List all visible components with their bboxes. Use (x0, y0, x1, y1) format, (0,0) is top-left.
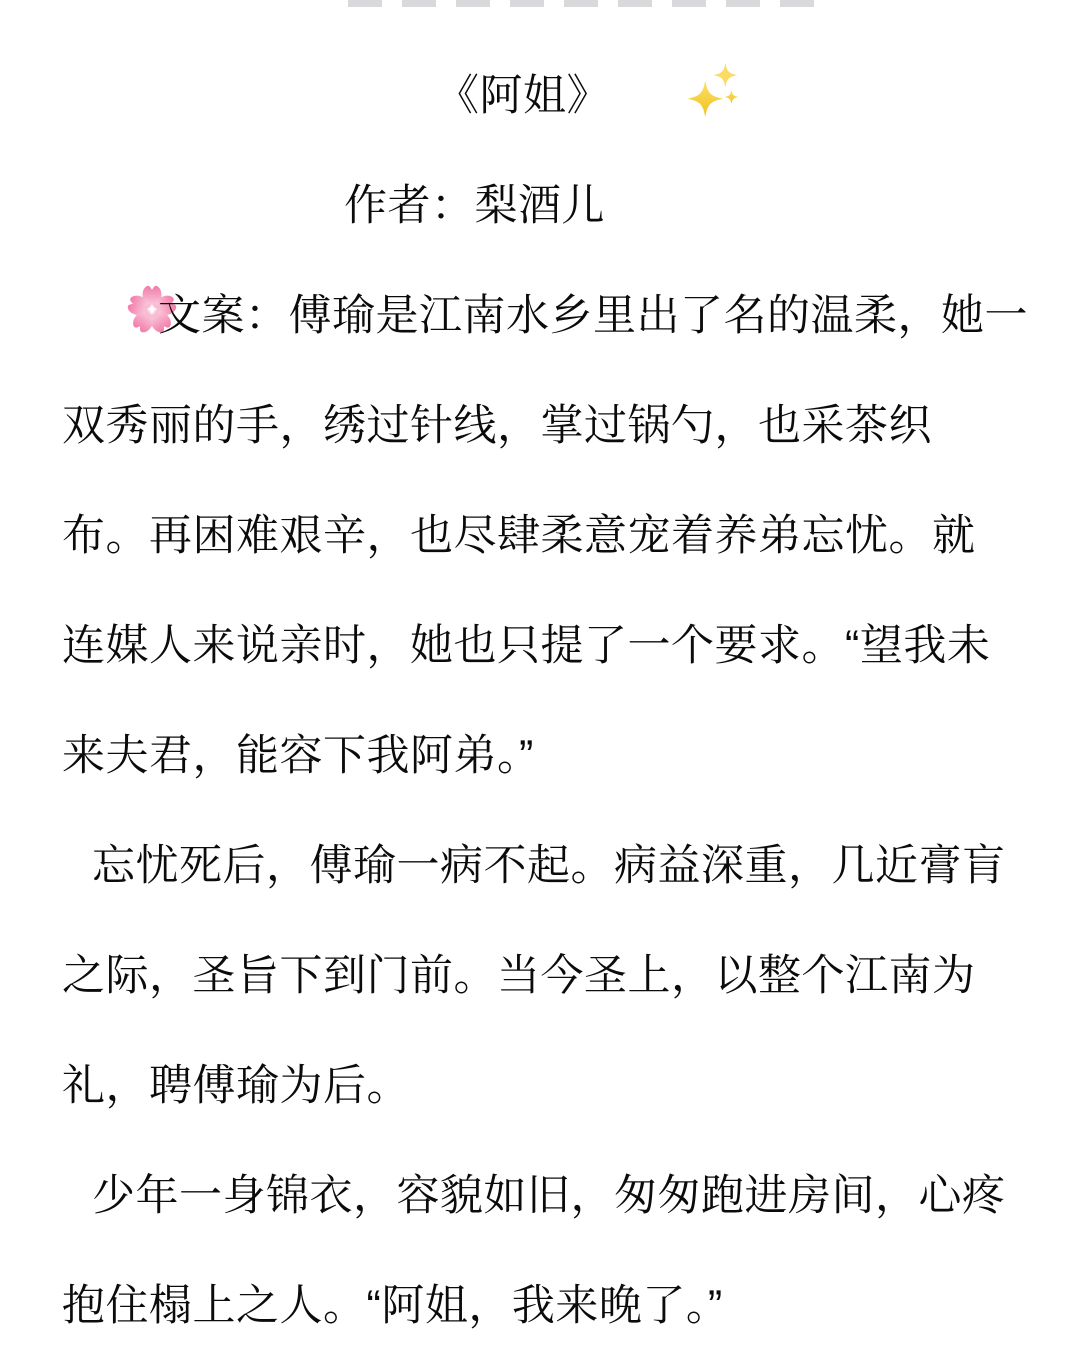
book-title-line: 《阿姐》 (62, 41, 1021, 151)
cherry-blossom-icon (92, 271, 152, 331)
author-text: 作者：梨酒儿 (344, 182, 605, 230)
book-title: 《阿姐》 (436, 72, 610, 120)
story-text: 忘忧死后，傅瑜一病不起。病益深重，几近膏肓 之际，圣旨下到门前。当今圣上，以整个… (62, 842, 1006, 1110)
synopsis-paragraph: 文案：傅瑜是江南水乡里出了名的温柔，她一 双秀丽的手，绣过针线，掌过锅勺，也采茶… (62, 261, 1021, 811)
story-paragraph: 忘忧死后，傅瑜一病不起。病益深重，几近膏肓 之际，圣旨下到门前。当今圣上，以整个… (62, 811, 1021, 1141)
ending-paragraph: 少年一身锦衣，容貌如旧，匆匆跑进房间，心疼 抱住榻上之人。“阿姐，我来晚了。” (62, 1141, 1021, 1361)
sparkles-icon (374, 49, 430, 105)
text-content: 《阿姐》 作者：梨酒儿 文案：傅瑜是江南水乡里出了名的温柔，她一 双秀丽的手，绣… (0, 0, 1079, 1361)
clipped-text-remnant (348, 0, 826, 7)
novel-intro-screenshot: 《阿姐》 作者：梨酒儿 文案：傅瑜是江南水乡里出了名的温柔，她一 双秀丽的手，绣… (0, 0, 1079, 1372)
ending-text: 少年一身锦衣，容貌如旧，匆匆跑进房间，心疼 抱住榻上之人。“阿姐，我来晚了。” (62, 1172, 1006, 1330)
synopsis-text: 文案：傅瑜是江南水乡里出了名的温柔，她一 双秀丽的手，绣过针线，掌过锅勺，也采茶… (62, 292, 1028, 780)
author-line: 作者：梨酒儿 (62, 151, 1021, 261)
